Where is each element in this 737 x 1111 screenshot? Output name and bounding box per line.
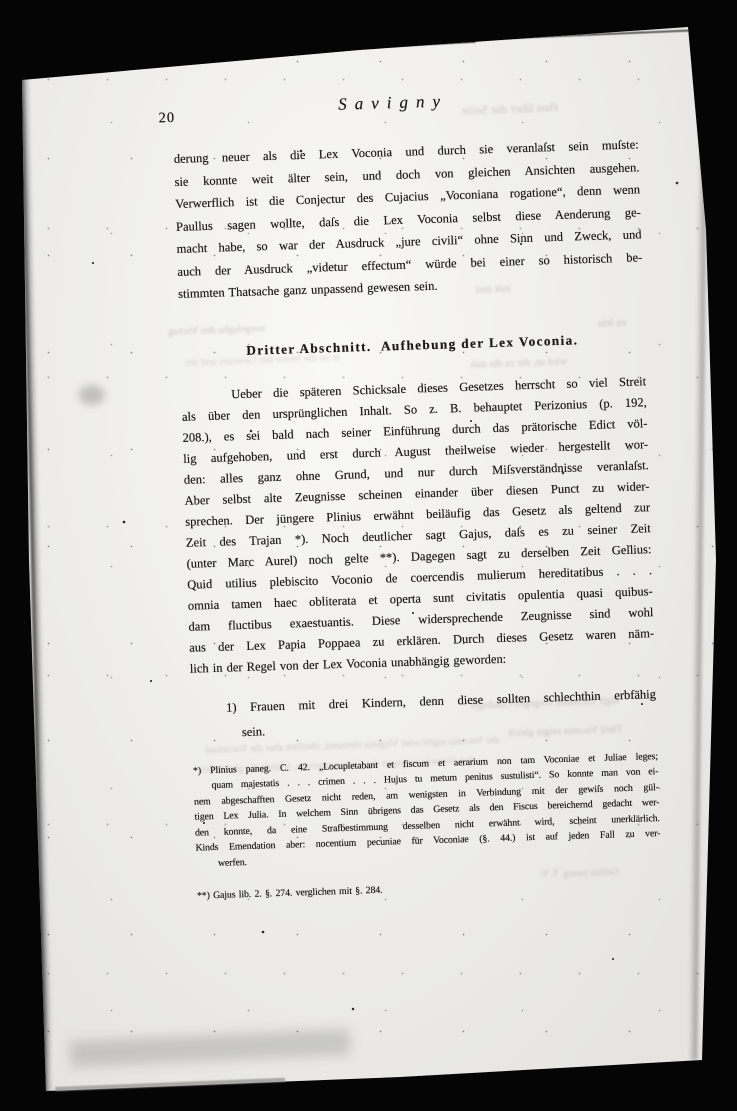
paragraph-continuation: derung neuer als die Lex Voconia und dur…: [174, 133, 644, 305]
enumerated-item-1: 1) Frauen mit drei Kindern, denn diese s…: [191, 682, 657, 747]
paper-sheet: ẞen über die Seitemik undnorgeſagba den …: [0, 0, 737, 1111]
page-content: 20 Savigny derung neuer als die Lex Voco…: [172, 85, 662, 904]
running-title: Savigny: [338, 91, 448, 114]
footnote-1: *) Plinius paneg. C. 42. „Locupletabant …: [193, 749, 661, 872]
page-number: 20: [158, 110, 175, 128]
section-heading: Dritter Abschnitt. Aufhebung der Lex Voc…: [180, 327, 645, 364]
ink-specks: [0, 0, 2, 2]
paragraph-main: Ueber die späteren Schicksale dieses Ges…: [181, 371, 655, 679]
book-scan: ẞen über die Seitemik undnorgeſagba den …: [0, 0, 737, 1111]
